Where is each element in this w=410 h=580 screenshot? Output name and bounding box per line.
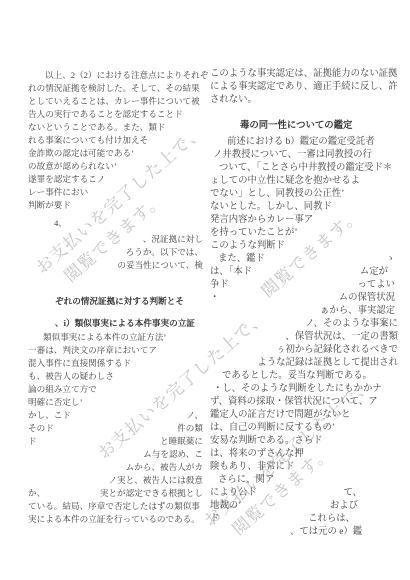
section-heading: 毒の同一性についての鑑定 xyxy=(210,120,398,132)
text-line: 鑑定人の証言だけで問題がないと xyxy=(210,409,398,421)
text-line: 判断が要ド xyxy=(28,200,203,211)
text-fragment: そのド xyxy=(28,423,54,434)
text-line: 一審は、判決文の序章においてア xyxy=(28,345,203,356)
text-line: としていえることは、カレー事件について被 xyxy=(28,96,203,107)
text-line: 実による本件の立証を行っているのである。 xyxy=(28,514,203,525)
text-fragment: また、鑑ド xyxy=(218,253,265,265)
text-line: ノ実と、被告人には殺意 xyxy=(28,475,203,486)
text-line: 混入事件に直接関係するド xyxy=(28,358,203,369)
text-line: レー事件におい xyxy=(28,187,203,198)
text-line: ノ井教授について、一審は同教授の行 xyxy=(210,149,398,161)
text-fragment: ・ xyxy=(210,292,219,304)
text-line: 争ドってよい xyxy=(210,279,398,291)
text-line: ろうか。以下では、 xyxy=(28,247,203,258)
text-line: このような事実認定は、証拠能力のない証拠 xyxy=(210,68,398,80)
text-fragment: ってよい xyxy=(357,279,395,291)
text-fragment: 争ド xyxy=(210,279,229,291)
text-line: ドと睡眠薬に xyxy=(28,436,203,447)
text-line: は、自己の判断に反するもの’ xyxy=(210,422,398,434)
text-line: を持っていたことが’ xyxy=(210,227,398,239)
text-line: 険もあり、非常にド xyxy=(210,461,398,473)
text-line: も、被告人の疑わしさ xyxy=(28,371,203,382)
text-line: か、実とが認定できる根拠とし xyxy=(28,488,203,499)
text-line: 、保管状況は、一定の書類 xyxy=(210,331,398,343)
section-heading: ぞれの情況証拠に対する判断とそ xyxy=(28,296,203,307)
text-line: ・ムの保管状況 xyxy=(210,292,398,304)
text-line: の妥当性について、検 xyxy=(28,260,203,271)
text-line: ドこれらは、 xyxy=(210,513,398,525)
text-line: かし、こドノ、 xyxy=(28,410,203,421)
document-page: お支払いを完了した上で、閲覧できます。閲覧できます。お支払いを完了した上で、お支… xyxy=(0,0,410,580)
text-line: れる事案についても付け加えそ xyxy=(28,135,203,146)
text-fragment: 実とが認定できる根拠とし xyxy=(100,488,203,499)
right-column: このような事実認定は、証拠能力のない証拠による事実認定であり、適正手続に反し、許… xyxy=(210,0,398,580)
text-line: 、ては元の e）鑑 xyxy=(210,526,398,538)
text-line: 金詐欺の認定は可能である’ xyxy=(28,148,203,159)
text-fragment: て、 xyxy=(343,487,362,499)
text-fragment: ムの保管状況 xyxy=(339,292,395,304)
text-line: ・し、そのような判断をしたにもかかナ xyxy=(210,383,398,395)
text-line: また、鑑ドゝ xyxy=(210,253,398,265)
text-fragment: 件の類 xyxy=(177,423,203,434)
text-fragment: ゝ xyxy=(386,253,395,265)
text-line: 以上、2（2）における注意点によりそれぞ xyxy=(28,70,203,81)
text-line: ついて、「ことさら中井教授の鑑定受ド＊ xyxy=(210,162,398,174)
text-line: 4、 xyxy=(28,218,203,229)
text-fragment: これらは、 xyxy=(308,513,355,525)
text-line: ような記録は証拠として提出され xyxy=(210,357,398,369)
text-line: 前述における b）鑑定の鑑定受託者 xyxy=(210,136,398,148)
text-line: 遂罪を認定するこノ xyxy=(28,174,203,185)
left-column: 以上、2（2）における注意点によりそれぞれの情況証拠を検討した。そして、その結果… xyxy=(28,0,203,580)
text-line: 安易な判断である。さらド xyxy=(210,435,398,447)
text-fragment: かし、こド xyxy=(28,410,71,421)
text-line: れの情況証拠を検討した。そして、その結果 xyxy=(28,83,203,94)
text-line: ノ、そのような事案に xyxy=(210,318,398,330)
text-line: ないということである。また、類ド xyxy=(28,122,203,133)
text-fragment: および xyxy=(330,500,358,512)
text-line: により公ドて、 xyxy=(210,487,398,499)
text-fragment: ド xyxy=(28,436,37,447)
text-line: は、将来のずさんな押 xyxy=(210,448,398,460)
text-line: このような判断ド xyxy=(210,240,398,252)
text-line: 類似事実による本件の立証方法’ xyxy=(28,332,203,343)
text-fragment: か、 xyxy=(28,488,45,499)
text-line: 告人の実行であることを認定することド xyxy=(28,109,203,120)
text-line: ている。結局、序章で否定したはずの類似事 xyxy=(28,501,203,512)
section-heading: 、i）類似事実による本件事実の立証 xyxy=(28,318,203,329)
text-line: ム与を認め、こ xyxy=(28,449,203,460)
text-line: さらに、関ア xyxy=(210,474,398,486)
text-line: そのド件の類 xyxy=(28,423,203,434)
text-line: ないとした。しかし、同教ド xyxy=(210,201,398,213)
text-line: ぅ初から記録化されるべきで xyxy=(210,344,398,356)
text-line: ず、資料の採取・保管状況について、ア xyxy=(210,396,398,408)
text-line: ムから、被告人がカ xyxy=(28,462,203,473)
text-line: されない。 xyxy=(210,94,398,106)
text-line: 地裁の’および xyxy=(210,500,398,512)
text-fragment: ム定が xyxy=(360,266,388,278)
text-fragment: 地裁の’ xyxy=(210,500,241,512)
text-line: 発言内容からカレー事ア xyxy=(210,214,398,226)
text-line: ぁから、事実認定 xyxy=(210,305,398,317)
text-line: であるとした。妥当な判断である。 xyxy=(210,370,398,382)
text-line: による事実認定であり、適正手続に反し、許 xyxy=(210,81,398,93)
text-fragment: は、「本ド xyxy=(210,266,252,278)
text-line: 論の組み立て方で xyxy=(28,384,203,395)
text-line: ょしての中立性に疑念を抱かせるよ xyxy=(210,175,398,187)
text-line: 明確に否定し’ xyxy=(28,397,203,408)
text-fragment: と睡眠薬に xyxy=(160,436,203,447)
text-fragment: ド xyxy=(210,513,219,525)
text-line: の故意が認められない’ xyxy=(28,161,203,172)
text-line: 、況証拠に対し xyxy=(28,234,203,245)
text-fragment: により公ド xyxy=(210,487,257,499)
text-line: は、「本ドム定が xyxy=(210,266,398,278)
text-fragment: ノ、 xyxy=(187,410,204,421)
text-line: でない」とし、同教授の公正性’ xyxy=(210,188,398,200)
